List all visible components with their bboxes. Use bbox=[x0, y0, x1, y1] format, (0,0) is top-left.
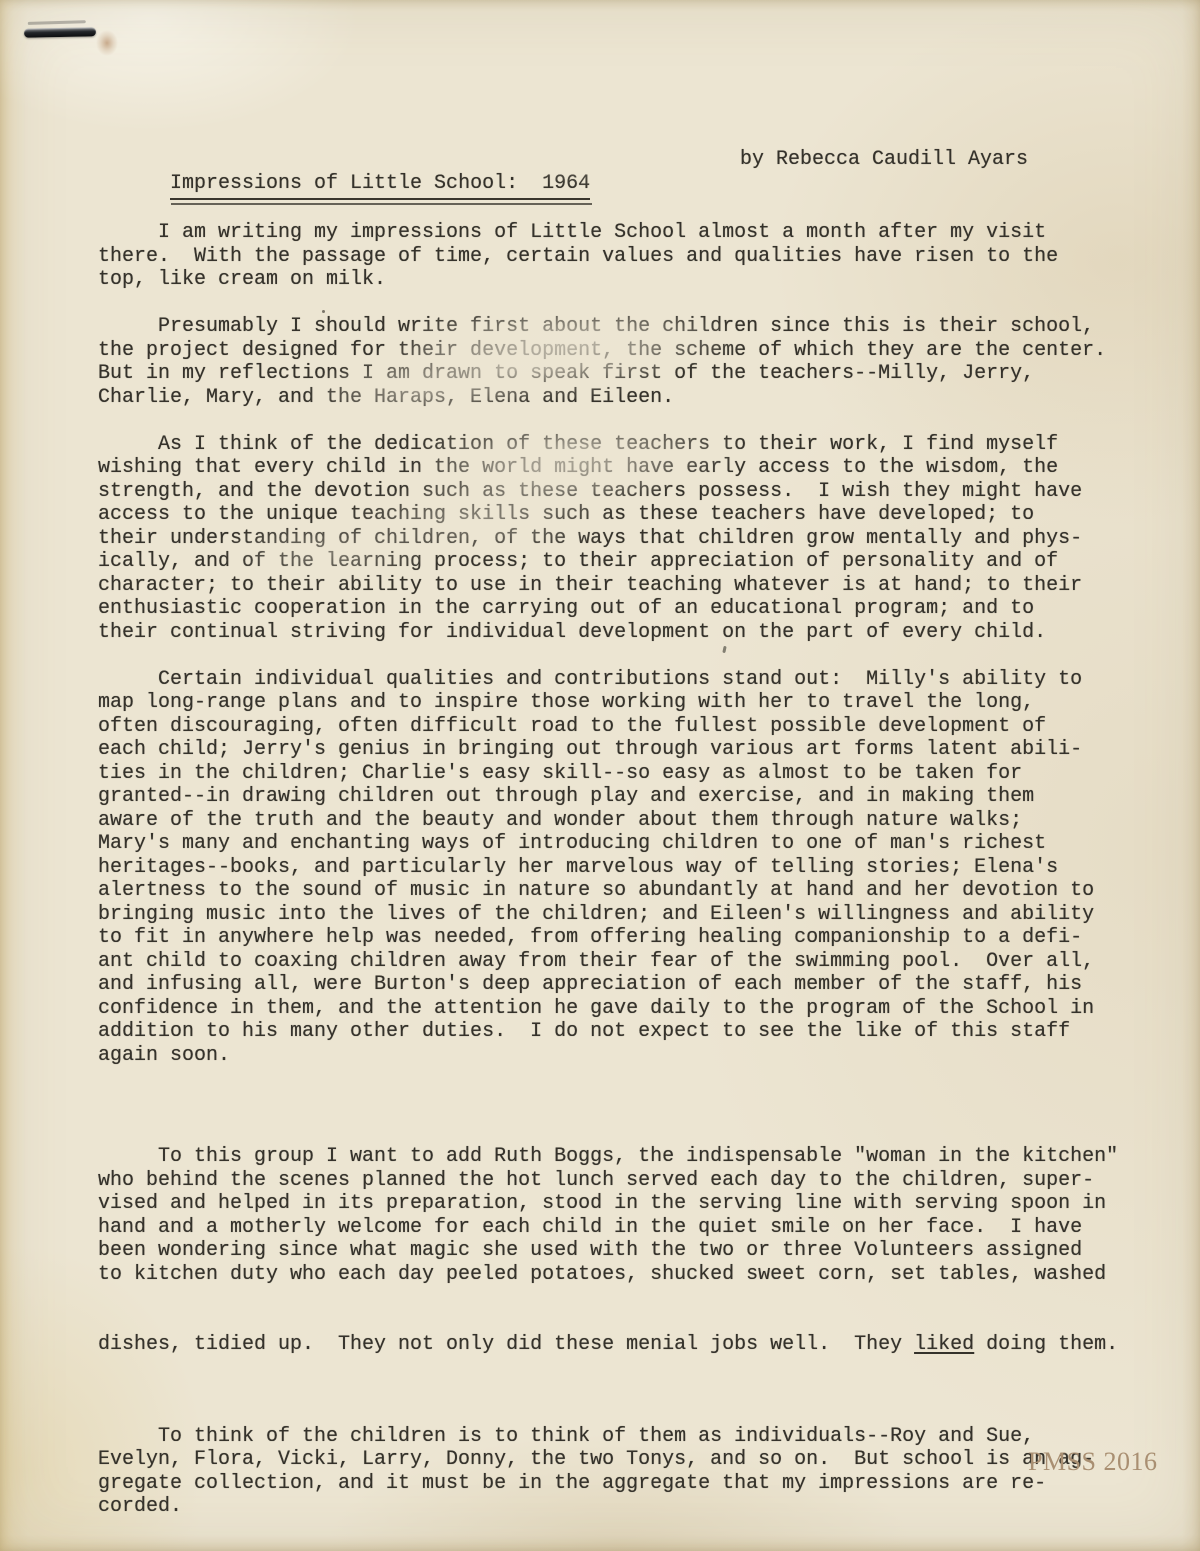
byline: by Rebecca Caudill Ayars bbox=[740, 148, 1028, 172]
paragraph-intro: I am writing my impressions of Little Sc… bbox=[98, 221, 1112, 292]
document-content: Impressions of Little School: 1964 by Re… bbox=[98, 148, 1112, 1542]
staple-icon bbox=[24, 27, 96, 38]
paragraph-ruth-boggs-lines: To this group I want to add Ruth Boggs, … bbox=[98, 1145, 1112, 1286]
paragraph-dedication: As I think of the dedication of these te… bbox=[98, 433, 1112, 645]
page-title: Impressions of Little School: 1964 bbox=[170, 172, 590, 201]
last-line-after: doing them. bbox=[974, 1333, 1118, 1356]
paragraph-teachers-intro: Presumably I should write first about th… bbox=[98, 315, 1112, 409]
last-line-before: dishes, tidied up. They not only did the… bbox=[98, 1333, 914, 1356]
paragraph-children: To think of the children is to think of … bbox=[98, 1425, 1112, 1519]
rust-stain bbox=[96, 30, 118, 56]
paragraph-ruth-boggs: To this group I want to add Ruth Boggs, … bbox=[98, 1098, 1112, 1404]
watermark: PMSS 2016 bbox=[1028, 1450, 1158, 1474]
document-page: Impressions of Little School: 1964 by Re… bbox=[0, 0, 1200, 1551]
underlined-word: liked bbox=[914, 1333, 974, 1356]
paragraph-individual-qualities: Certain individual qualities and contrib… bbox=[98, 668, 1112, 1068]
paragraph-ruth-boggs-last-line: dishes, tidied up. They not only did the… bbox=[98, 1333, 1112, 1357]
document-header: Impressions of Little School: 1964 by Re… bbox=[98, 148, 1112, 172]
